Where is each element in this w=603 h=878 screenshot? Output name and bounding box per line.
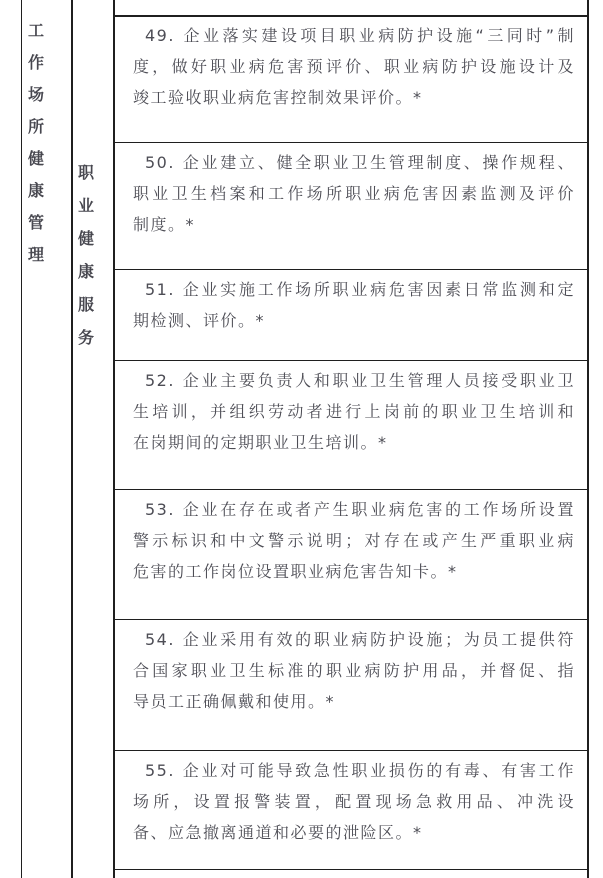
requirement-text-line: 49. 企业落实建设项目职业病防护设施“三同时”制 [133, 20, 575, 51]
requirement-item: 53. 企业在存在或者产生职业病危害的工作场所设置警示标识和中文警示说明；对存在… [133, 494, 575, 587]
requirement-text-line: 职业卫生档案和工作场所职业病危害因素监测及评价 [133, 178, 575, 209]
requirement-text-line: 54. 企业采用有效的职业病防护设施；为员工提供符 [133, 624, 575, 655]
requirement-text-line: 备、应急撤离通道和必要的泄险区。* [133, 817, 575, 848]
requirement-text-line: 导员工正确佩戴和使用。* [133, 686, 575, 717]
grid-line-row [113, 869, 589, 871]
requirement-item: 50. 企业建立、健全职业卫生管理制度、操作规程、职业卫生档案和工作场所职业病危… [133, 147, 575, 240]
requirement-item: 51. 企业实施工作场所职业病危害因素日常监测和定期检测、评价。* [133, 274, 575, 336]
requirement-text-line: 危害的工作岗位设置职业病危害告知卡。* [133, 556, 575, 587]
grid-line-col1-right [71, 0, 73, 878]
row-header-occupational-health-services: 职业健康服务 [78, 156, 80, 354]
requirement-item: 55. 企业对可能导致急性职业损伤的有毒、有害工作场所，设置报警装置，配置现场急… [133, 755, 575, 848]
row-header-workplace-health-management: 工作场所健康管理 [28, 15, 30, 271]
requirement-item: 49. 企业落实建设项目职业病防护设施“三同时”制度，做好职业病危害预评价、职业… [133, 20, 575, 113]
grid-line-row [113, 142, 589, 144]
requirement-text-line: 51. 企业实施工作场所职业病危害因素日常监测和定 [133, 274, 575, 305]
requirement-text-line: 场所，设置报警装置，配置现场急救用品、冲洗设 [133, 786, 575, 817]
requirement-text-line: 竣工验收职业病危害控制效果评价。* [133, 82, 575, 113]
grid-line-col2-right [113, 0, 115, 878]
requirement-item: 54. 企业采用有效的职业病防护设施；为员工提供符合国家职业卫生标准的职业病防护… [133, 624, 575, 717]
requirement-text-line: 55. 企业对可能导致急性职业损伤的有毒、有害工作 [133, 755, 575, 786]
grid-line-row [113, 15, 589, 17]
requirement-text-line: 生培训，并组织劳动者进行上岗前的职业卫生培训和 [133, 396, 575, 427]
grid-line-row [113, 269, 589, 271]
requirement-text-line: 50. 企业建立、健全职业卫生管理制度、操作规程、 [133, 147, 575, 178]
requirement-item: 52. 企业主要负责人和职业卫生管理人员接受职业卫生培训，并组织劳动者进行上岗前… [133, 365, 575, 458]
requirement-text-line: 度，做好职业病危害预评价、职业病防护设施设计及 [133, 51, 575, 82]
requirement-text-line: 合国家职业卫生标准的职业病防护用品，并督促、指 [133, 655, 575, 686]
grid-line-table-left [21, 0, 23, 878]
grid-line-row [113, 489, 589, 491]
requirement-text-line: 制度。* [133, 209, 575, 240]
grid-line-row [113, 360, 589, 362]
requirement-text-line: 53. 企业在存在或者产生职业病危害的工作场所设置 [133, 494, 575, 525]
grid-line-row [113, 750, 589, 752]
requirement-text-line: 52. 企业主要负责人和职业卫生管理人员接受职业卫 [133, 365, 575, 396]
requirement-text-line: 期检测、评价。* [133, 305, 575, 336]
requirement-text-line: 警示标识和中文警示说明；对存在或产生严重职业病 [133, 525, 575, 556]
grid-line-table-right [587, 0, 589, 878]
grid-line-row [113, 619, 589, 621]
document-table: 工作场所健康管理 职业健康服务 49. 企业落实建设项目职业病防护设施“三同时”… [0, 0, 603, 878]
requirement-text-line: 在岗期间的定期职业卫生培训。* [133, 427, 575, 458]
